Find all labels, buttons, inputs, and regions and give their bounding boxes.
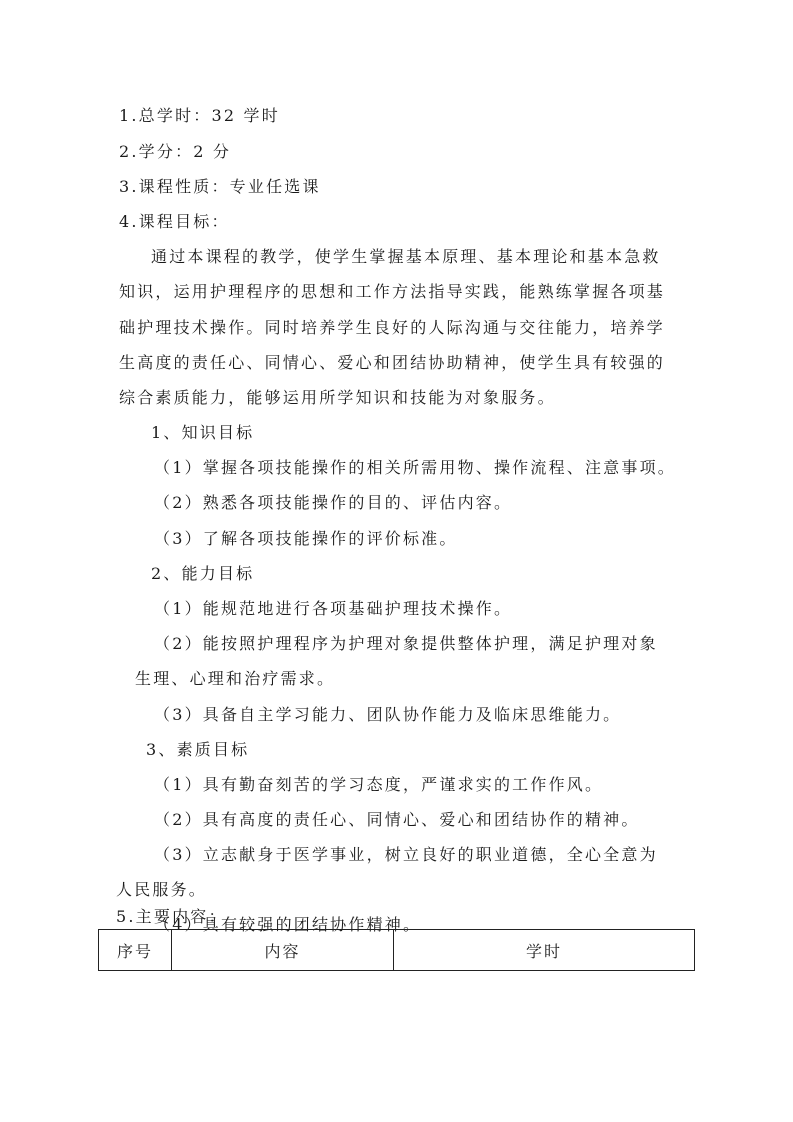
knowledge-item: （1）掌握各项技能操作的相关所需用物、操作流程、注意事项。 [154, 458, 676, 478]
quality-item: （2）具有高度的责任心、同情心、爱心和团结协作的精神。 [154, 810, 640, 830]
ability-item: （3）具备自主学习能力、团队协作能力及临床思维能力。 [154, 705, 621, 725]
course-nature: 3.课程性质：专业任选课 [119, 177, 321, 197]
intro-line: 综合素质能力，能够运用所学知识和技能为对象服务。 [119, 388, 556, 408]
knowledge-item: （3）了解各项技能操作的评价标准。 [154, 529, 458, 549]
knowledge-heading: 1、知识目标 [151, 423, 254, 443]
quality-item: （1）具有勤奋刻苦的学习态度，严谨求实的工作作风。 [154, 775, 603, 795]
objectives-heading: 4.课程目标： [119, 212, 230, 232]
content-heading: 5.主要内容： [116, 907, 227, 927]
quality-heading: 3、素质目标 [146, 740, 249, 760]
ability-item: （2）能按照护理程序为护理对象提供整体护理，满足护理对象 [154, 634, 658, 654]
knowledge-item: （2）熟悉各项技能操作的目的、评估内容。 [154, 493, 512, 513]
intro-line: 生高度的责任心、同情心、爱心和团结协助精神，使学生具有较强的 [119, 353, 665, 373]
ability-item: （1）能规范地进行各项基础护理技术操作。 [154, 599, 512, 619]
intro-line: 通过本课程的教学，使学生掌握基本原理、基本理论和基本急救 [151, 247, 661, 267]
table-header-content: 内容 [172, 930, 394, 970]
content-table: 序号 内容 学时 [98, 929, 695, 971]
ability-item: 生理、心理和治疗需求。 [135, 669, 335, 689]
intro-line: 知识，运用护理程序的思想和工作方法指导实践，能熟练掌握各项基 [119, 282, 665, 302]
quality-item: 人民服务。 [116, 880, 207, 900]
ability-heading: 2、能力目标 [151, 564, 254, 584]
table-header-index: 序号 [99, 930, 172, 970]
intro-line: 础护理技术操作。同时培养学生良好的人际沟通与交往能力，培养学 [119, 318, 665, 338]
table-header-hours: 学时 [394, 930, 694, 970]
total-hours: 1.总学时：32 学时 [119, 106, 280, 126]
credits: 2.学分：2 分 [119, 142, 231, 162]
quality-item: （3）立志献身于医学事业，树立良好的职业道德，全心全意为 [154, 845, 658, 865]
